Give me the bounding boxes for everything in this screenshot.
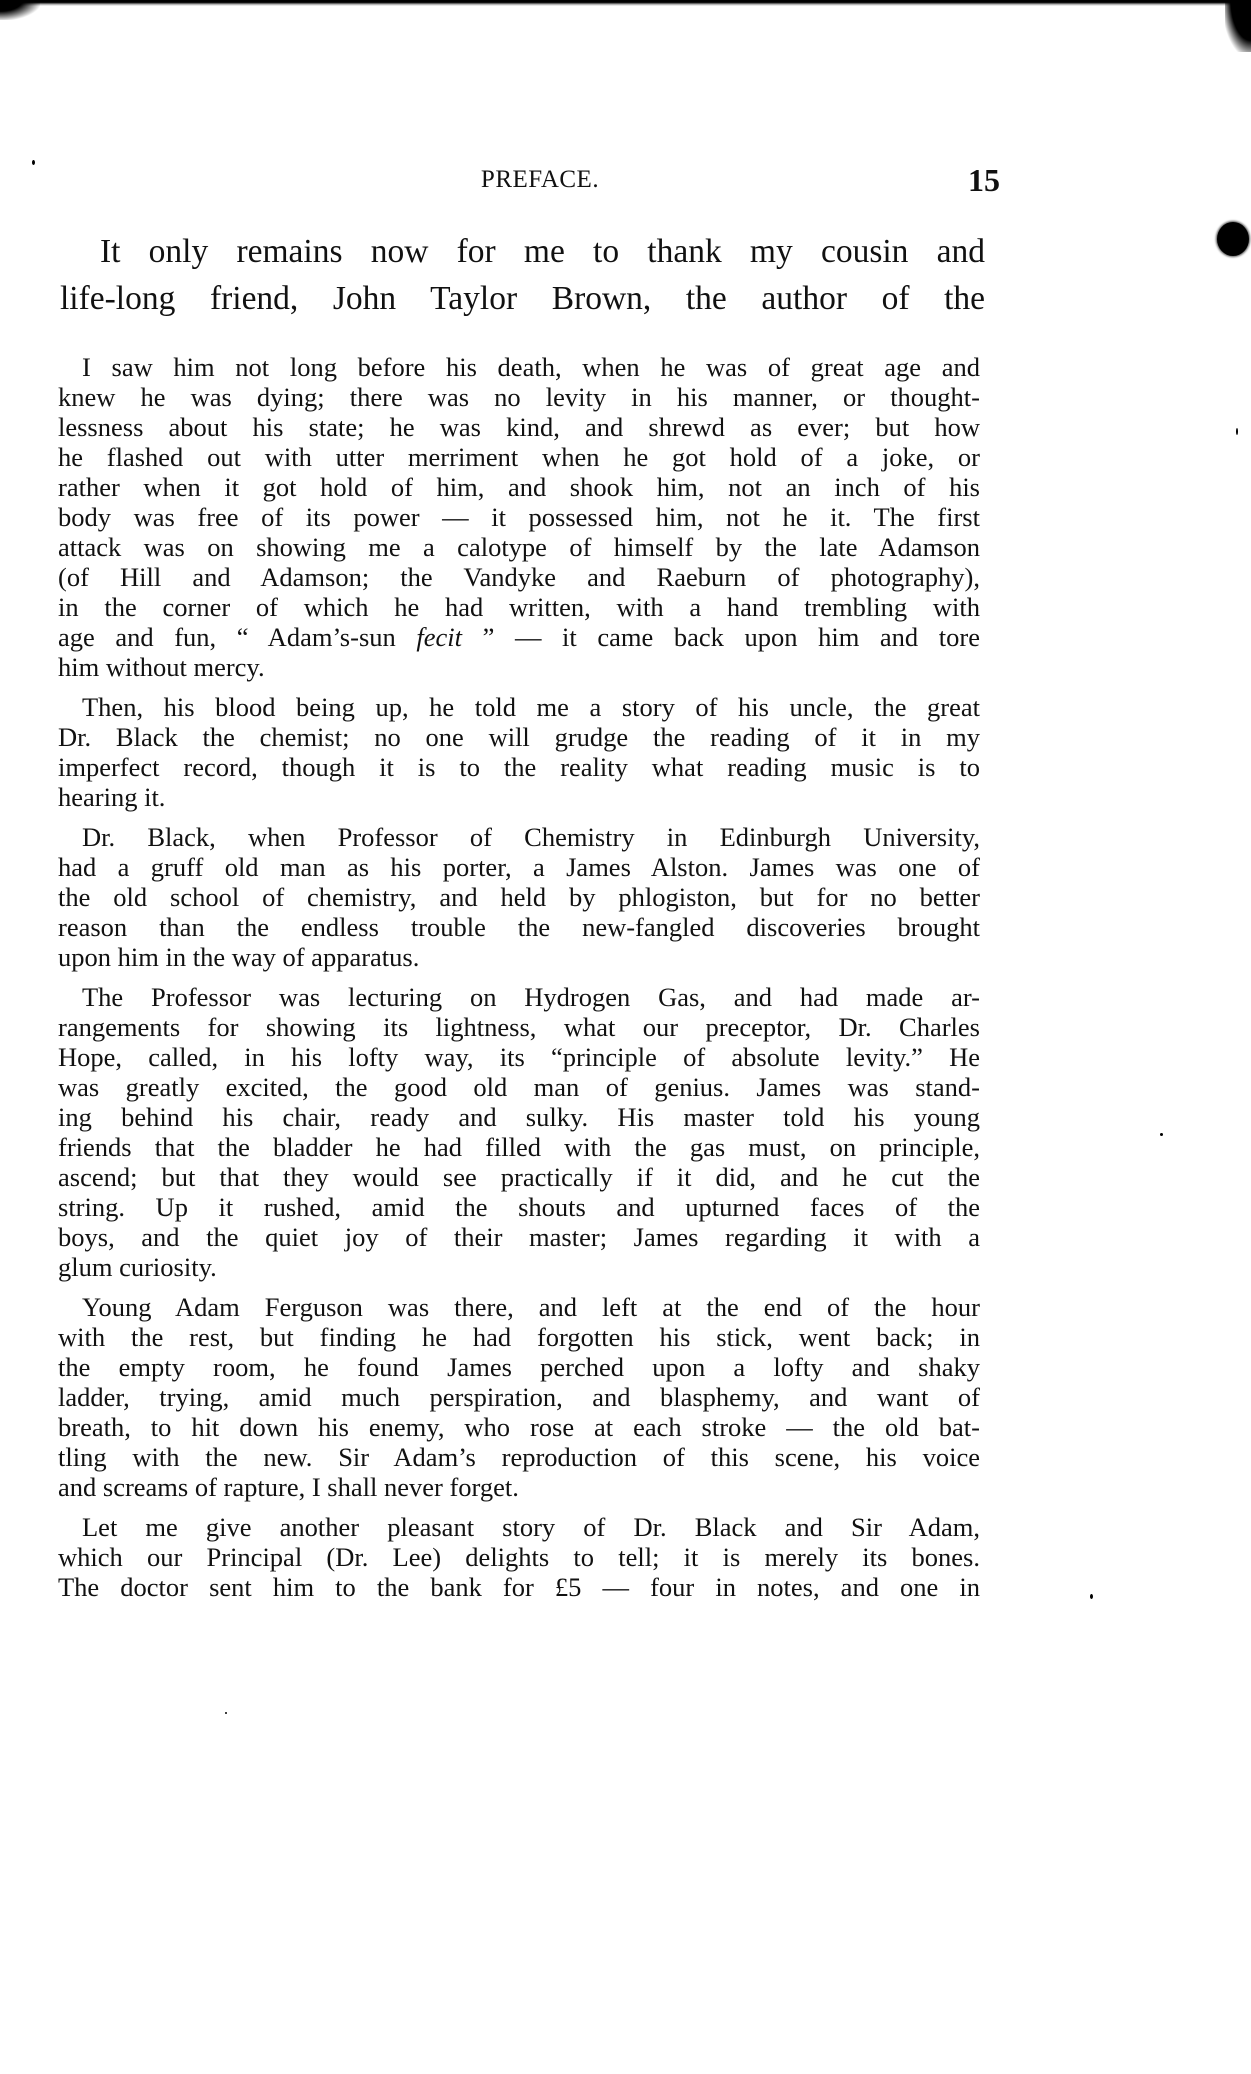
text-line: friends that the bladder he had filled w… [58,1132,980,1162]
text-line: ladder, trying, amid much perspiration, … [58,1382,980,1412]
text-line: the empty room, he found James perched u… [58,1352,980,1382]
ink-speck [1236,428,1238,435]
text-line: attack was on showing me a calotype of h… [58,532,980,562]
text-fragment: age and fun, “ Adam’s-sun [58,622,416,652]
text-line: breath, to hit down his enemy, who rose … [58,1412,980,1442]
paragraph: I saw him not long before his death, whe… [58,352,980,682]
text-line: knew he was dying; there was no levity i… [58,382,980,412]
text-line: string. Up it rushed, amid the shouts an… [58,1192,980,1222]
text-line: hearing it. [58,782,980,812]
text-line: glum curiosity. [58,1252,980,1282]
text-line: Young Adam Ferguson was there, and left … [58,1292,980,1322]
paragraph: Dr. Black, when Professor of Chemistry i… [58,822,980,972]
paragraph: Then, his blood being up, he told me a s… [58,692,980,812]
book-page: PREFACE. 15 It only remains now for me t… [0,0,1251,2074]
text-line: him without mercy. [58,652,980,682]
ink-speck [32,160,35,165]
text-line: with the rest, but finding he had forgot… [58,1322,980,1352]
text-line: Let me give another pleasant story of Dr… [58,1512,980,1542]
text-line: had a gruff old man as his porter, a Jam… [58,852,980,882]
running-head: PREFACE. 15 [60,162,990,202]
text-line: rangements for showing its lightness, wh… [58,1012,980,1042]
text-line: life-long friend, John Taylor Brown, the… [60,275,985,322]
text-line: Dr. Black the chemist; no one will grudg… [58,722,980,752]
text-line: (of Hill and Adamson; the Vandyke and Ra… [58,562,980,592]
text-line: reason than the endless trouble the new-… [58,912,980,942]
text-line: and screams of rapture, I shall never fo… [58,1472,980,1502]
text-line: was greatly excited, the good old man of… [58,1072,980,1102]
body-text: I saw him not long before his death, whe… [58,352,980,1612]
text-line: in the corner of which he had written, w… [58,592,980,622]
text-line: lessness about his state; he was kind, a… [58,412,980,442]
text-line: The doctor sent him to the bank for £5 —… [58,1572,980,1602]
text-line-with-italic: age and fun, “ Adam’s-sun fecit ” — it c… [58,622,980,652]
text-line: ing behind his chair, ready and sulky. H… [58,1102,980,1132]
text-fragment: ” — it came back upon him and tore [462,622,980,652]
paragraph: Let me give another pleasant story of Dr… [58,1512,980,1602]
text-line: he flashed out with utter merriment when… [58,442,980,472]
text-line: the old school of chemistry, and held by… [58,882,980,912]
running-title: PREFACE. [60,166,990,194]
text-line: The Professor was lecturing on Hydrogen … [58,982,980,1012]
text-line: Hope, called, in his lofty way, its “pri… [58,1042,980,1072]
ink-speck [225,1712,227,1714]
italic-word: fecit [416,622,462,652]
text-line: body was free of its power — it possesse… [58,502,980,532]
text-line: tling with the new. Sir Adam’s reproduct… [58,1442,980,1472]
text-line: boys, and the quiet joy of their master;… [58,1222,980,1252]
ink-blot-mark [1217,222,1249,256]
ink-speck [1160,1133,1163,1136]
text-line: rather when it got hold of him, and shoo… [58,472,980,502]
page-number: 15 [968,162,1000,199]
scan-corner-top-left [0,0,40,20]
intro-paragraph: It only remains now for me to thank my c… [60,228,985,322]
text-line: upon him in the way of apparatus. [58,942,980,972]
text-line: Then, his blood being up, he told me a s… [58,692,980,722]
text-line: imperfect record, though it is to the re… [58,752,980,782]
text-line: ascend; but that they would see practica… [58,1162,980,1192]
ink-speck [1090,1594,1093,1599]
text-line: I saw him not long before his death, whe… [58,352,980,382]
paragraph: Young Adam Ferguson was there, and left … [58,1292,980,1502]
scan-border-top [0,0,1251,6]
text-line: which our Principal (Dr. Lee) delights t… [58,1542,980,1572]
text-line: Dr. Black, when Professor of Chemistry i… [58,822,980,852]
text-line: It only remains now for me to thank my c… [60,228,985,275]
scan-corner-top-right [1225,0,1251,52]
paragraph: The Professor was lecturing on Hydrogen … [58,982,980,1282]
